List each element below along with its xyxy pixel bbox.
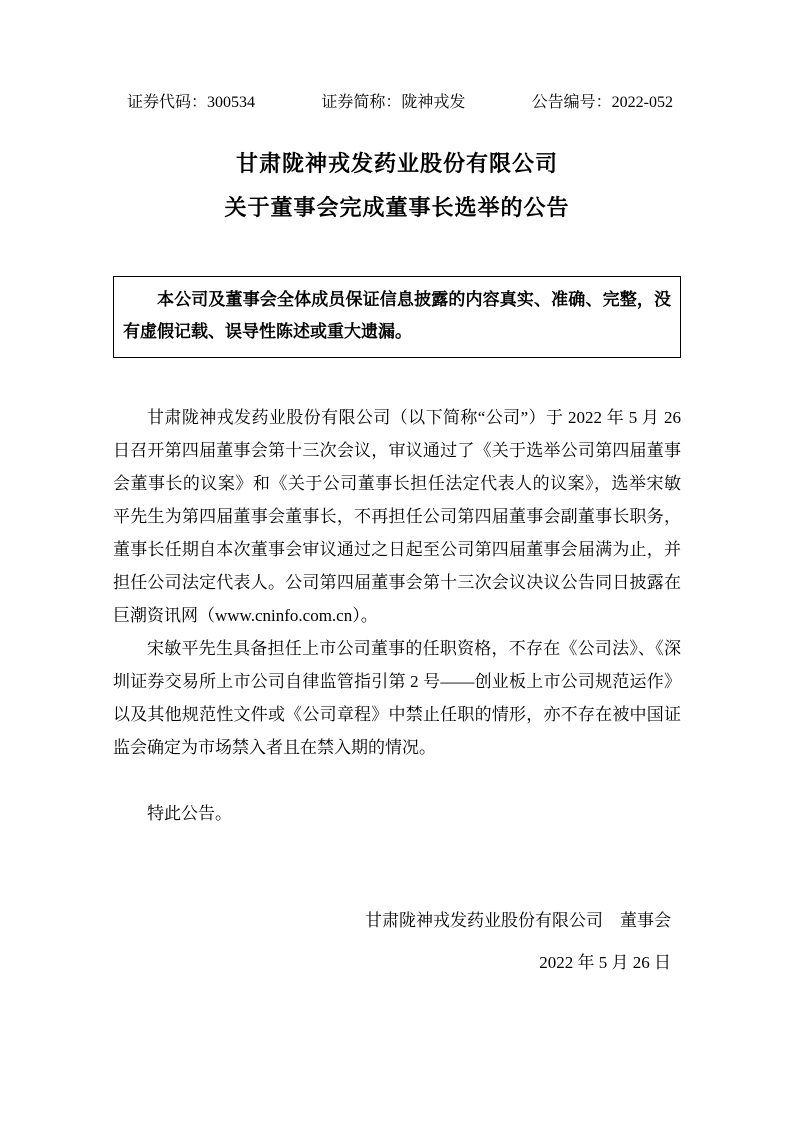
signature-block: 甘肃陇神戎发药业股份有限公司 董事会 2022 年 5 月 26 日 <box>113 900 681 984</box>
closing-statement: 特此公告。 <box>113 797 681 830</box>
stock-code: 证券代码：300534 <box>127 93 255 113</box>
stock-short-name: 证券简称：陇神戎发 <box>321 93 465 113</box>
announcement-title: 关于董事会完成董事长选举的公告 <box>113 196 681 220</box>
disclaimer-box: 本公司及董事会全体成员保证信息披露的内容真实、准确、完整，没有虚假记载、误导性陈… <box>113 276 681 358</box>
body-paragraph-1: 甘肃陇神戎发药业股份有限公司（以下简称“公司”）于 2022 年 5 月 26 … <box>113 401 681 632</box>
signature-date: 2022 年 5 月 26 日 <box>113 942 671 984</box>
disclaimer-text: 本公司及董事会全体成员保证信息披露的内容真实、准确、完整，没有虚假记载、误导性陈… <box>123 290 671 341</box>
company-title: 甘肃陇神戎发药业股份有限公司 <box>113 152 681 176</box>
securities-header: 证券代码：300534 证券简称：陇神戎发 公告编号：2022-052 <box>113 93 681 113</box>
body-paragraph-2: 宋敏平先生具备担任上市公司董事的任职资格，不存在《公司法》、《深圳证券交易所上市… <box>113 632 681 764</box>
announcement-number: 公告编号：2022-052 <box>532 93 673 113</box>
signature-company: 甘肃陇神戎发药业股份有限公司 董事会 <box>113 900 671 942</box>
announcement-page: 证券代码：300534 证券简称：陇神戎发 公告编号：2022-052 甘肃陇神… <box>0 0 793 1122</box>
